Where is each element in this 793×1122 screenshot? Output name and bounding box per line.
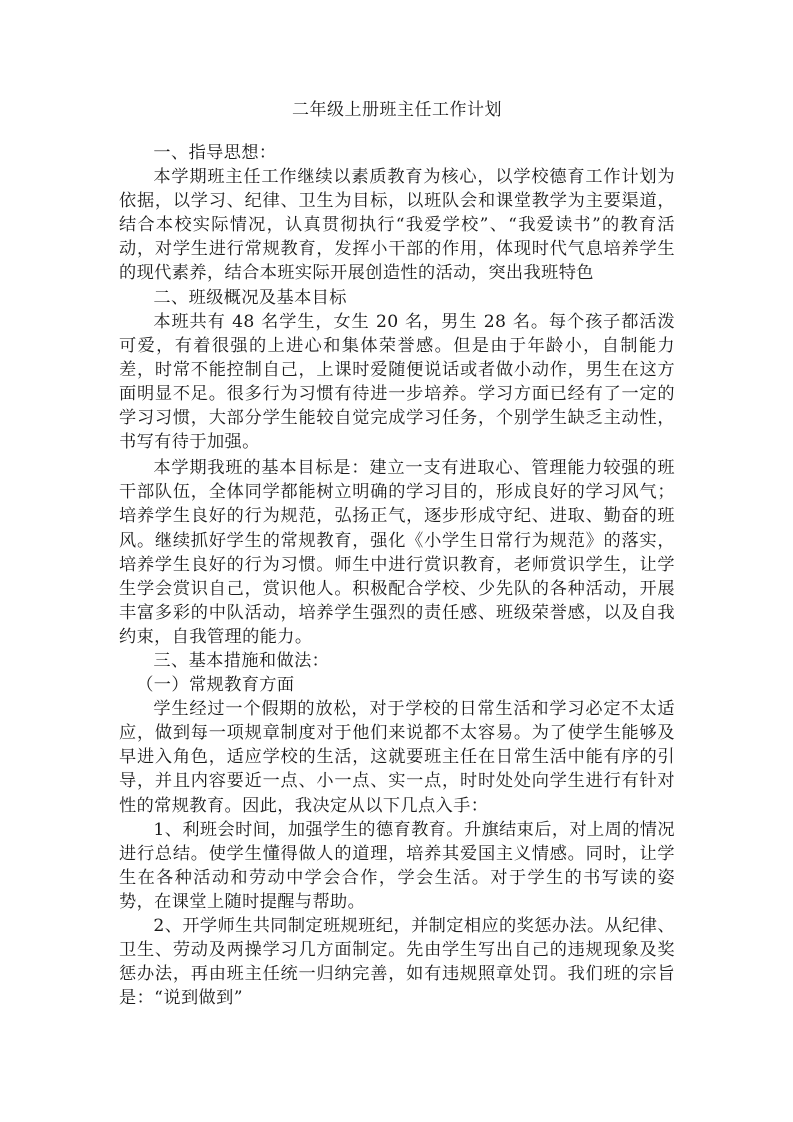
section-heading-measures: 三、基本措施和做法： (119, 649, 675, 673)
list-item-class-rules: 2、开学师生共同制定班规班纪，并制定相应的奖惩办法。从纪律、卫生、劳动及两操学习… (119, 914, 675, 1010)
subheading-routine-education: （一）常规教育方面 (119, 673, 675, 697)
document-title: 二年级上册班主任工作计划 (119, 98, 675, 122)
section-heading-class-overview: 二、班级概况及基本目标 (119, 286, 675, 310)
paragraph-class-overview: 本班共有 48 名学生，女生 20 名，男生 28 名。每个孩子都活泼可爱，有着… (119, 310, 675, 455)
paragraph-guiding-ideology: 本学期班主任工作继续以素质教育为核心，以学校德育工作计划为依据，以学习、纪律、卫… (119, 165, 675, 285)
paragraph-routine-education: 学生经过一个假期的放松，对于学校的日常生活和学习必定不太适应，做到每一项规章制度… (119, 697, 675, 817)
paragraph-basic-goals: 本学期我班的基本目标是：建立一支有进取心、管理能力较强的班干部队伍，全体同学都能… (119, 456, 675, 649)
list-item-class-meeting: 1、利班会时间，加强学生的德育教育。升旗结束后，对上周的情况进行总结。使学生懂得… (119, 818, 675, 914)
document-page: 二年级上册班主任工作计划 一、指导思想： 本学期班主任工作继续以素质教育为核心，… (119, 98, 675, 1010)
section-heading-guiding-ideology: 一、指导思想： (119, 141, 675, 165)
